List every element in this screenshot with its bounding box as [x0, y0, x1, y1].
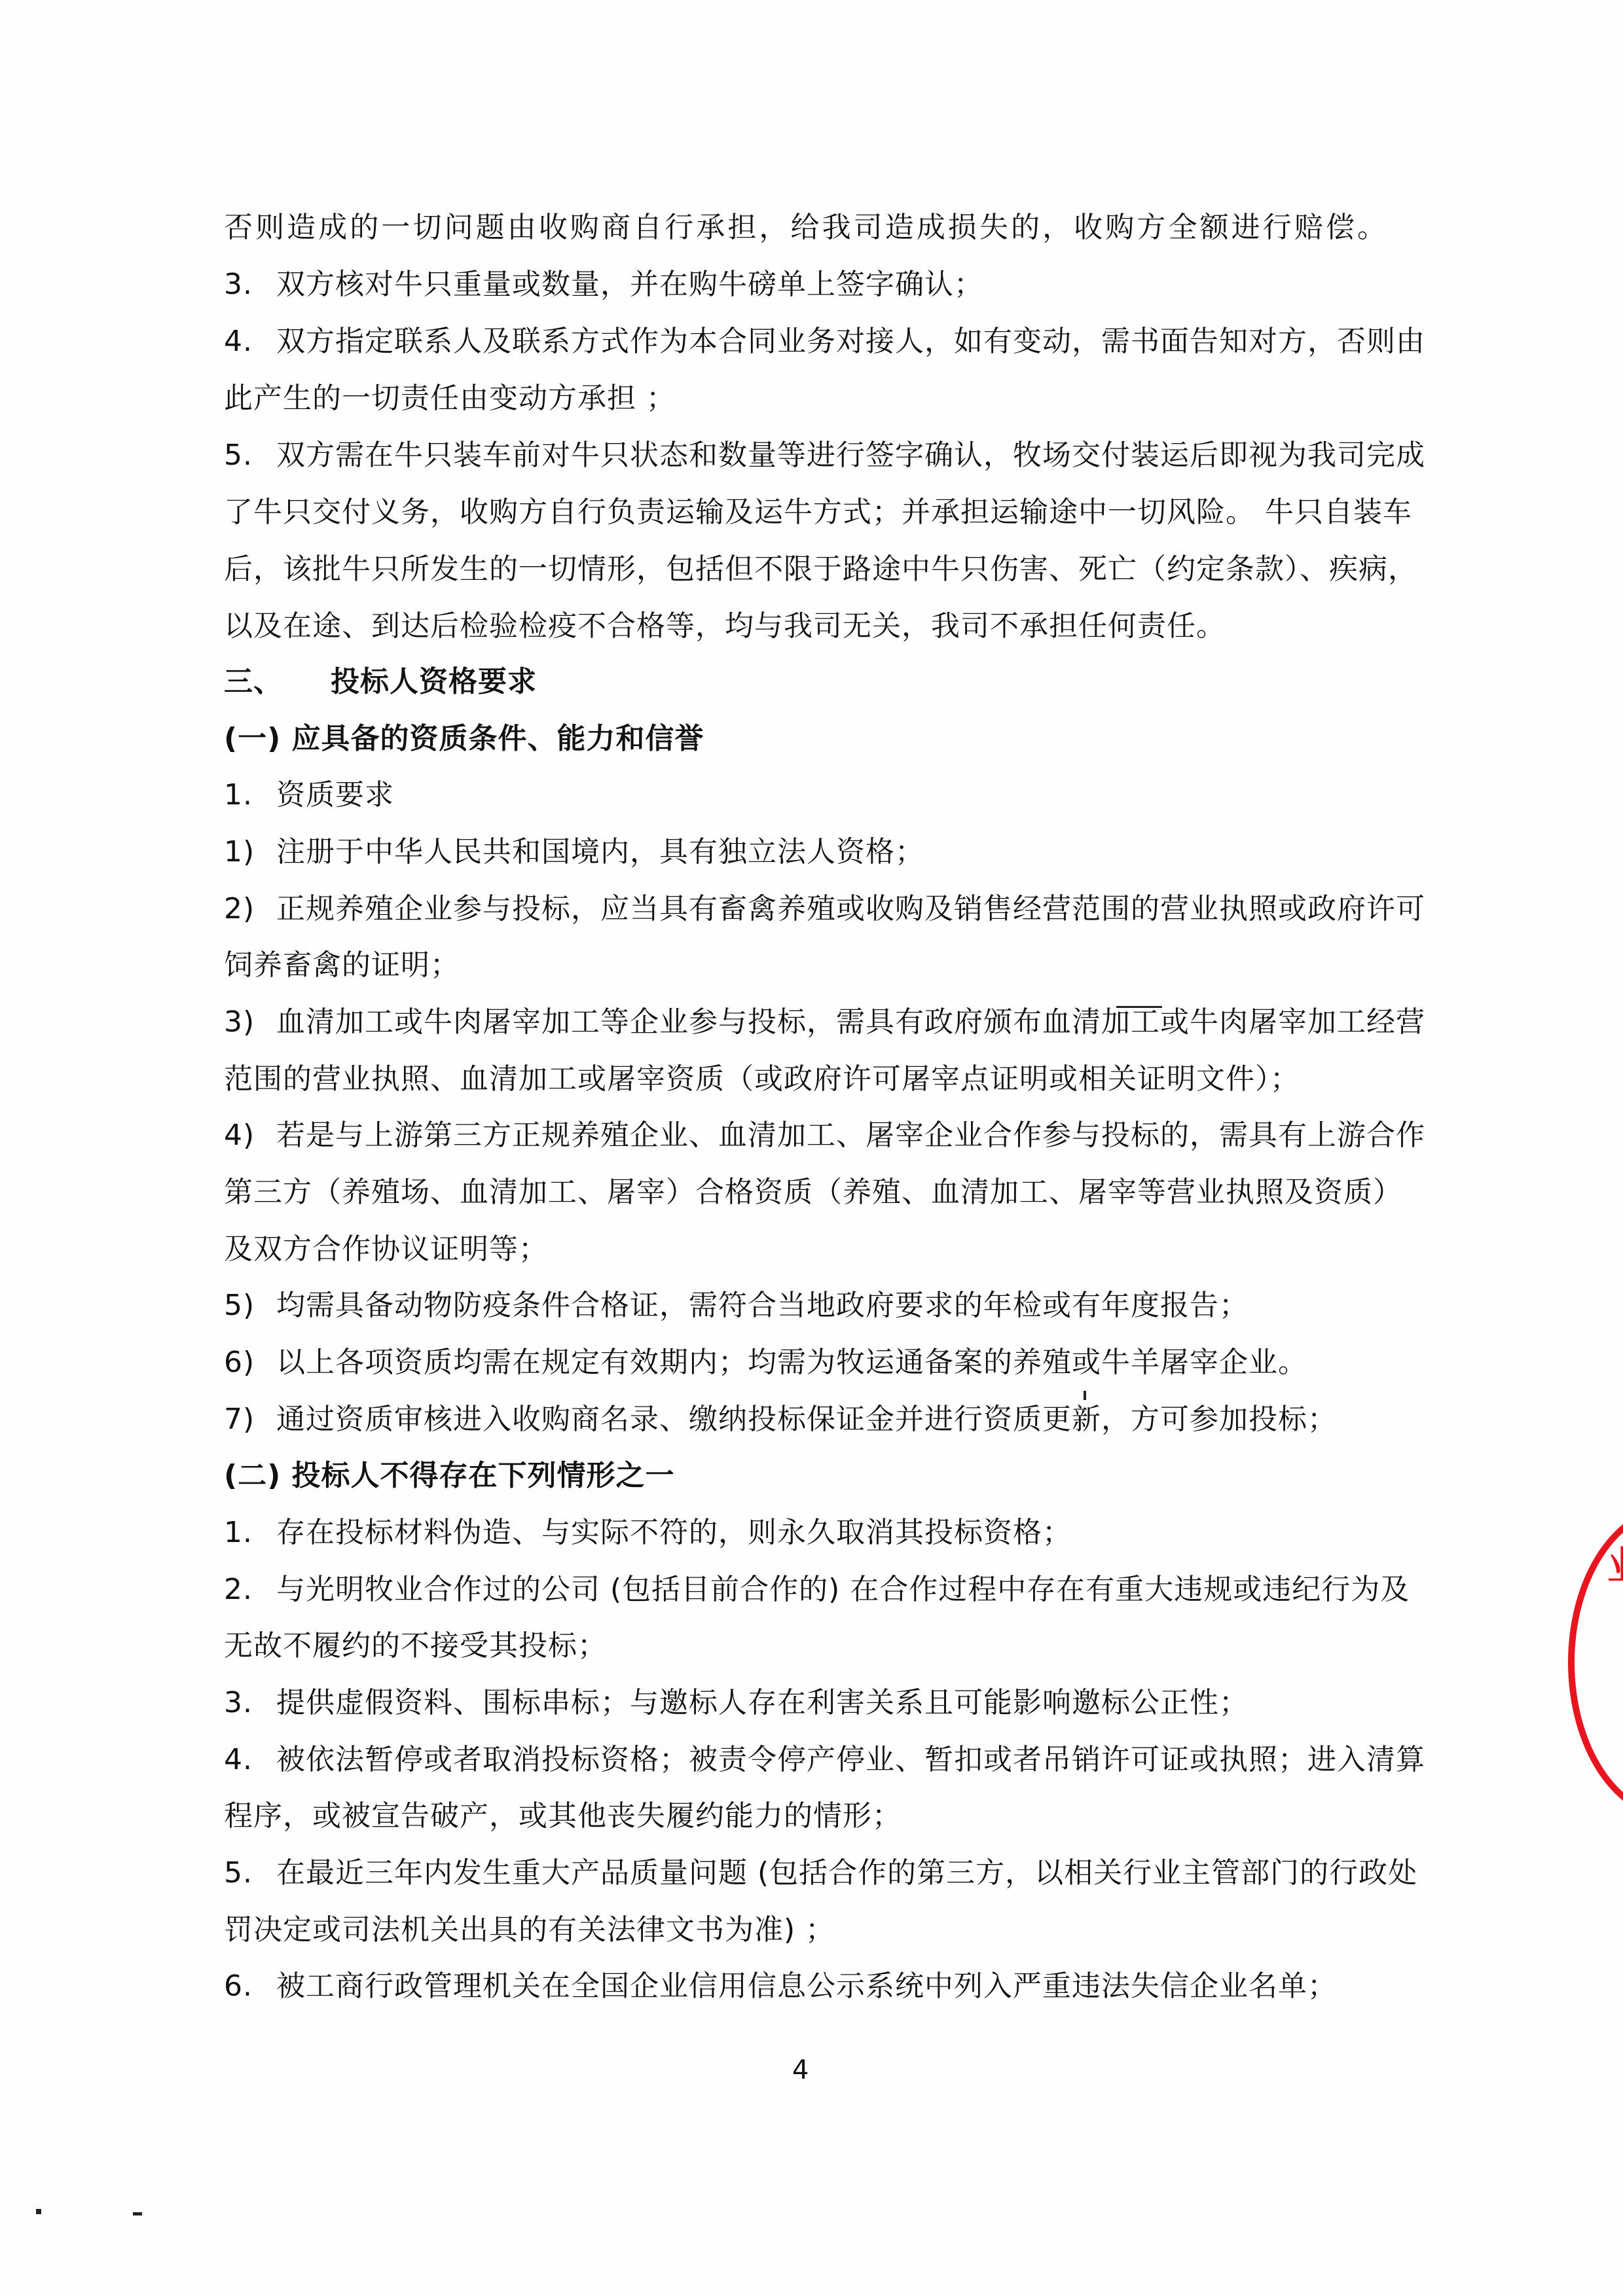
list-item-3: 3. 双方核对牛只重量或数量，并在购牛磅单上签字确认； [224, 265, 1387, 304]
subsection-heading-2: (二) 投标人不得存在下列情形之一 [224, 1456, 1387, 1496]
item-text: 提供虚假资料、围标串标；与邀标人存在利害关系且可能影响邀标公正性； [276, 1683, 1387, 1723]
document-page: 否则造成的一切问题由收购商自行承担，给我司造成损失的，收购方全额进行赔偿。 3.… [0, 0, 1623, 2296]
item-continuation: 此产生的一切责任由变动方承担 ； [224, 379, 1387, 418]
item-number: 4) [224, 1116, 255, 1155]
item-text: 双方需在牛只装车前对牛只状态和数量等进行签字确认，牧场交付装运后即视为我司完成 [276, 436, 1387, 475]
item-number: 4. [224, 322, 253, 361]
item-number: 1) [224, 833, 255, 872]
stamp-character: 业 [1607, 1535, 1623, 1591]
item-text: 双方核对牛只重量或数量，并在购牛磅单上签字确认； [276, 265, 1387, 304]
item-number: 6. [224, 1967, 253, 2006]
exclusion-1: 1. 存在投标材料伪造、与实际不符的，则永久取消其投标资格； [224, 1513, 1387, 1552]
item-continuation: 以及在途、到达后检验检疫不合格等，均与我司无关，我司不承担任何责任。 [224, 607, 1387, 646]
item-number: 3) [224, 1003, 255, 1042]
item-text: 与光明牧业合作过的公司 (包括目前合作的) 在合作过程中存在有重大违规或违纪行为… [276, 1570, 1387, 1609]
exclusion-6: 6. 被工商行政管理机关在全国企业信用信息公示系统中列入严重违法失信企业名单； [224, 1967, 1387, 2006]
item-text: 双方指定联系人及联系方式作为本合同业务对接人，如有变动，需书面告知对方，否则由 [276, 322, 1387, 361]
item-number: 2) [224, 889, 255, 929]
requirement-4: 4) 若是与上游第三方正规养殖企业、血清加工、屠宰企业合作参与投标的，需具有上游… [224, 1116, 1387, 1155]
requirement-2: 2) 正规养殖企业参与投标，应当具有畜禽养殖或收购及销售经营范围的营业执照或政府… [224, 889, 1387, 929]
item-continuation: 及双方合作协议证明等； [224, 1230, 1387, 1269]
requirement-5: 5) 均需具备动物防疫条件合格证，需符合当地政府要求的年检或有年度报告； [224, 1286, 1387, 1325]
item-text: 正规养殖企业参与投标，应当具有畜禽养殖或收购及销售经营范围的营业执照或政府许可 [276, 889, 1387, 929]
item-continuation: 程序，或被宣告破产，或其他丧失履约能力的情形； [224, 1797, 1387, 1836]
item-number: 1. [224, 1513, 253, 1552]
item-number: 7) [224, 1400, 255, 1439]
item-continuation: 了牛只交付义务，收购方自行负责运输及运牛方式；并承担运输途中一切风险。 牛只自装… [224, 493, 1387, 532]
item-text: 被依法暂停或者取消投标资格；被责令停产停业、暂扣或者吊销许可证或执照；进入清算 [276, 1740, 1387, 1780]
scan-speck [1116, 1006, 1162, 1008]
section-number: 三、 [224, 662, 283, 702]
exclusion-2: 2. 与光明牧业合作过的公司 (包括目前合作的) 在合作过程中存在有重大违规或违… [224, 1570, 1387, 1609]
item-text: 资质要求 [276, 776, 1387, 815]
scan-speck [133, 2212, 142, 2215]
item-text: 通过资质审核进入收购商名录、缴纳投标保证金并进行资质更新，方可参加投标； [276, 1400, 1387, 1439]
item-continuation: 无故不履约的不接受其投标； [224, 1626, 1387, 1666]
item-number: 6) [224, 1343, 255, 1382]
page-number: 4 [792, 2055, 809, 2085]
scan-speck [36, 2209, 41, 2214]
list-item-4: 4. 双方指定联系人及联系方式作为本合同业务对接人，如有变动，需书面告知对方，否… [224, 322, 1387, 361]
item-number: 5. [224, 436, 253, 475]
section-title: 投标人资格要求 [331, 662, 537, 702]
item-text: 在最近三年内发生重大产品质量问题 (包括合作的第三方，以相关行业主管部门的行政处 [276, 1854, 1387, 1893]
item-continuation: 范围的营业执照、血清加工或屠宰资质（或政府许可屠宰点证明或相关证明文件）； [224, 1060, 1387, 1099]
item-number: 5. [224, 1854, 253, 1893]
item-continuation: 第三方（养殖场、血清加工、屠宰）合格资质（养殖、血清加工、屠宰等营业执照及资质） [224, 1173, 1387, 1212]
item-text: 均需具备动物防疫条件合格证，需符合当地政府要求的年检或有年度报告； [276, 1286, 1387, 1325]
item-number: 3. [224, 265, 253, 304]
item-text: 注册于中华人民共和国境内，具有独立法人资格； [276, 833, 1387, 872]
list-item-5: 5. 双方需在牛只装车前对牛只状态和数量等进行签字确认，牧场交付装运后即视为我司… [224, 436, 1387, 475]
item-text: 血清加工或牛肉屠宰加工等企业参与投标，需具有政府颁布血清加工或牛肉屠宰加工经营 [276, 1003, 1387, 1042]
item-number: 4. [224, 1740, 253, 1780]
requirement-3: 3) 血清加工或牛肉屠宰加工等企业参与投标，需具有政府颁布血清加工或牛肉屠宰加工… [224, 1003, 1387, 1042]
item-continuation: 后，该批牛只所发生的一切情形，包括但不限于路途中牛只伤害、死亡（约定条款）、疾病… [224, 550, 1387, 589]
requirement-6: 6) 以上各项资质均需在规定有效期内；均需为牧运通备案的养殖或牛羊屠宰企业。 [224, 1343, 1387, 1382]
item-number: 2. [224, 1570, 253, 1609]
exclusion-3: 3. 提供虚假资料、围标串标；与邀标人存在利害关系且可能影响邀标公正性； [224, 1683, 1387, 1723]
item-continuation: 饲养畜禽的证明； [224, 946, 1387, 985]
exclusion-4: 4. 被依法暂停或者取消投标资格；被责令停产停业、暂扣或者吊销许可证或执照；进入… [224, 1740, 1387, 1780]
item-number: 5) [224, 1286, 255, 1325]
item-text: 以上各项资质均需在规定有效期内；均需为牧运通备案的养殖或牛羊屠宰企业。 [276, 1343, 1387, 1382]
requirement-1: 1) 注册于中华人民共和国境内，具有独立法人资格； [224, 833, 1387, 872]
requirement-7: 7) 通过资质审核进入收购商名录、缴纳投标保证金并进行资质更新，方可参加投标； [224, 1400, 1387, 1439]
item-number: 3. [224, 1683, 253, 1723]
scan-speck [1084, 1391, 1086, 1400]
exclusion-5: 5. 在最近三年内发生重大产品质量问题 (包括合作的第三方，以相关行业主管部门的… [224, 1854, 1387, 1893]
item-text: 若是与上游第三方正规养殖企业、血清加工、屠宰企业合作参与投标的，需具有上游合作 [276, 1116, 1387, 1155]
item-number: 1. [224, 776, 253, 815]
item-text: 被工商行政管理机关在全国企业信用信息公示系统中列入严重违法失信企业名单； [276, 1967, 1387, 2006]
item-continuation: 罚决定或司法机关出具的有关法律文书为准) ； [224, 1910, 1387, 1950]
item-text: 存在投标材料伪造、与实际不符的，则永久取消其投标资格； [276, 1513, 1387, 1552]
subsection-heading-1: (一) 应具备的资质条件、能力和信誉 [224, 719, 1387, 759]
section-heading: 三、 投标人资格要求 [224, 662, 1387, 702]
list-item-qualification: 1. 资质要求 [224, 776, 1387, 815]
paragraph-line: 否则造成的一切问题由收购商自行承担，给我司造成损失的，收购方全额进行赔偿。 [224, 208, 1387, 247]
